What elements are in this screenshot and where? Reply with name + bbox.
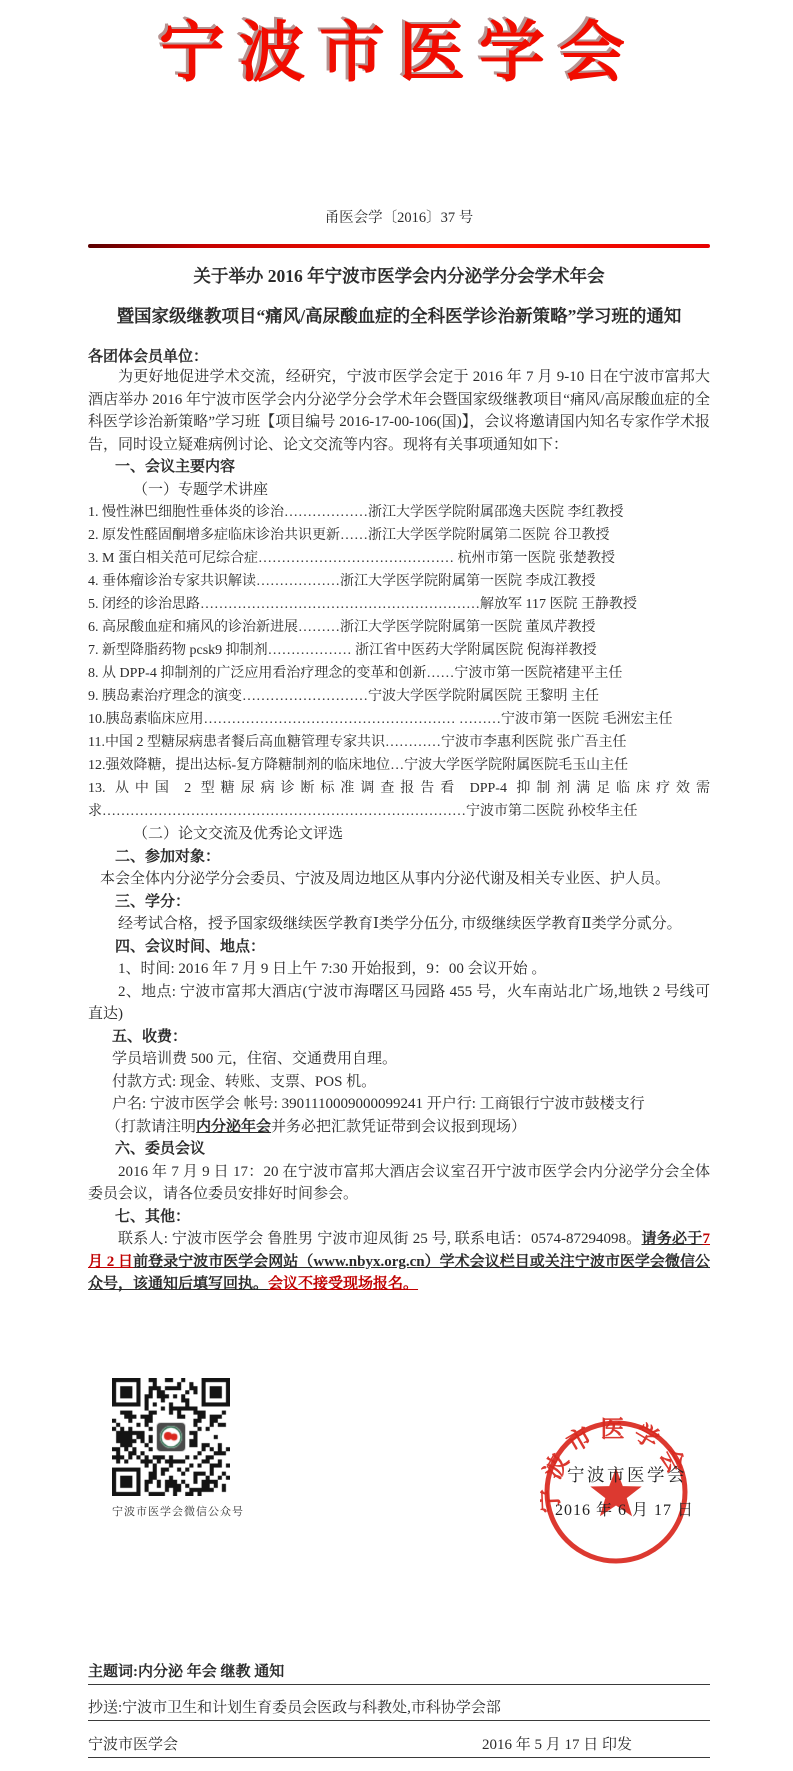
document-footer: 主题词:内分泌 年会 继教 通知 抄送:宁波市卫生和计划生育委员会医政与科教处,…	[88, 1660, 710, 1758]
section2-body: 本会全体内分泌学分会委员、宁波及周边地区从事内分泌代谢及相关专业医、护人员。	[100, 868, 710, 891]
section1-sub2: （二）论文交流及优秀论文评选	[133, 823, 710, 846]
section7-heading: 七、其他：	[115, 1206, 710, 1229]
lecture-list: 1. 慢性淋巴细胞性垂体炎的诊治………………浙江大学医学院附属邵逸夫医院 李红教…	[88, 501, 710, 823]
note-emphasis: 内分泌年会	[196, 1119, 271, 1135]
section4-time: 1、时间: 2016 年 7 月 9 日上午 7:30 开始报到，9：00 会议…	[88, 958, 710, 981]
footer-print-date: 2016 年 5 月 17 日 印发	[482, 1733, 632, 1754]
registration-notice: 请务必于	[641, 1231, 702, 1247]
section3-heading: 三、学分：	[115, 891, 710, 914]
section6-body: 2016 年 7 月 9 日 17：20 在宁波市富邦大酒店会议室召开宁波市医学…	[88, 1161, 710, 1206]
section5-fee: 学员培训费 500 元，住宿、交通费用自理。	[112, 1048, 710, 1071]
salutation: 各团体会员单位：	[88, 345, 710, 366]
lecture-item: 4. 垂体瘤诊治专家共识解读………………浙江大学医学院附属第一医院 李成江教授	[88, 570, 710, 593]
section2-heading: 二、参加对象：	[115, 846, 710, 869]
official-seal-area: 宁波市医学会 宁波市医学会 2016 年 6 月 17 日	[540, 1416, 692, 1568]
lecture-item: 11.中国 2 型糖尿病患者餐后高血糖管理专家共识…………宁波市李惠利医院 张广…	[88, 731, 710, 754]
signature-org: 宁波市医学会	[567, 1462, 687, 1487]
lecture-item: 2. 原发性醛固酮增多症临床诊治共识更新……浙江大学医学院附属第二医院 谷卫教授	[88, 524, 710, 547]
lecture-item: 8. 从 DPP-4 抑制剂的广泛应用看治疗理念的变革和创新……宁波市第一医院褚…	[88, 662, 710, 685]
lecture-item: 12.强效降糖，提出达标-复方降糖制剂的临床地位…宁波大学医学院附属医院毛玉山主…	[88, 754, 710, 777]
letterhead-org-name: 宁波市医学会	[88, 6, 710, 102]
wechat-qr-block: 宁波市医学会微信公众号	[112, 1378, 252, 1519]
section7-contact: 联系人: 宁波市医学会 鲁胜男 宁波市迎凤街 25 号, 联系电话：0574-8…	[88, 1228, 710, 1296]
document-number: 甬医会学〔2016〕37 号	[88, 206, 710, 227]
section4-heading: 四、会议时间、地点：	[115, 936, 710, 959]
intro-paragraph: 为更好地促进学术交流，经研究，宁波市医学会定于 2016 年 7 月 9-10 …	[88, 366, 710, 456]
lecture-item: 3. M 蛋白相关范可尼综合症…………………………………… 杭州市第一医院 张楚…	[88, 547, 710, 570]
lecture-item: 10.胰岛素临床应用……………………………………………… ………宁波市第一医院 …	[88, 708, 710, 731]
section5-heading: 五、收费：	[112, 1026, 710, 1049]
note-pre: （打款请注明	[106, 1119, 196, 1135]
contact-info: 联系人: 宁波市医学会 鲁胜男 宁波市迎凤街 25 号, 联系电话：0574-8…	[118, 1231, 641, 1247]
section6-heading: 六、委员会议	[115, 1138, 710, 1161]
footer-subject-keywords: 主题词:内分泌 年会 继教 通知	[88, 1660, 710, 1685]
notice-title-line1: 关于举办 2016 年宁波市医学会内分泌学分会学术年会	[88, 263, 710, 288]
qr-code-image	[112, 1378, 230, 1496]
section5-payment: 付款方式: 现金、转账、支票、POS 机。	[112, 1071, 710, 1094]
section3-body: 经考试合格，授予国家级继续医学教育Ⅰ类学分伍分, 市级继续医学教育Ⅱ类学分贰分。	[88, 913, 710, 936]
lecture-item: 1. 慢性淋巴细胞性垂体炎的诊治………………浙江大学医学院附属邵逸夫医院 李红教…	[88, 501, 710, 524]
footer-issuer: 宁波市医学会	[88, 1733, 178, 1754]
section1-sub1: （一）专题学术讲座	[133, 479, 710, 502]
lecture-item: 9. 胰岛素治疗理念的演变………………………宁波大学医学院附属医院 王黎明 主任	[88, 685, 710, 708]
red-seal-graphic: 宁波市医学会	[540, 1416, 692, 1568]
footer-cc-line: 抄送:宁波市卫生和计划生育委员会医政与科教处,市科协学会部	[88, 1696, 710, 1721]
qr-caption: 宁波市医学会微信公众号	[112, 1503, 246, 1519]
lecture-item: 7. 新型降脂药物 pcsk9 抑制剂……………… 浙江省中医药大学附属医院 倪…	[88, 639, 710, 662]
signature-date: 2016 年 6 月 17 日	[555, 1497, 694, 1520]
section5-note: （打款请注明内分泌年会并务必把汇款凭证带到会议报到现场）	[106, 1116, 710, 1139]
footer-issue-line: 宁波市医学会 2016 年 5 月 17 日 印发	[88, 1733, 710, 1758]
lecture-item: 5. 闭经的诊治思路……………………………………………………解放军 117 医院…	[88, 593, 710, 616]
document-page: { "header": { "org": "宁波市医学会", "doc_no":…	[0, 0, 793, 1771]
document-body: 宁波市医学会 甬医会学〔2016〕37 号 关于举办 2016 年宁波市医学会内…	[88, 0, 710, 1296]
lecture-item: 6. 高尿酸血症和痛风的诊治新进展………浙江大学医学院附属第一医院 董凤芹教授	[88, 616, 710, 639]
no-onsite-registration-warning: 会议不接受现场报名。	[268, 1276, 418, 1292]
letterhead-red-divider	[88, 244, 710, 248]
section5-account: 户名: 宁波市医学会 帐号: 3901110009000099241 开户行: …	[112, 1093, 710, 1116]
section1-heading: 一、会议主要内容	[115, 456, 710, 479]
section4-venue: 2、地点: 宁波市富邦大酒店(宁波市海曙区马园路 455 号，火车南站北广场,地…	[88, 981, 710, 1026]
note-post: 并务必把汇款凭证带到会议报到现场）	[271, 1119, 526, 1135]
lecture-item: 13. 从中国 2 型糖尿病诊断标准调查报告看 DPP-4 抑制剂满足临床疗效需…	[88, 777, 710, 823]
notice-title-line2: 暨国家级继教项目“痛风/高尿酸血症的全科医学诊治新策略”学习班的通知	[88, 303, 710, 328]
